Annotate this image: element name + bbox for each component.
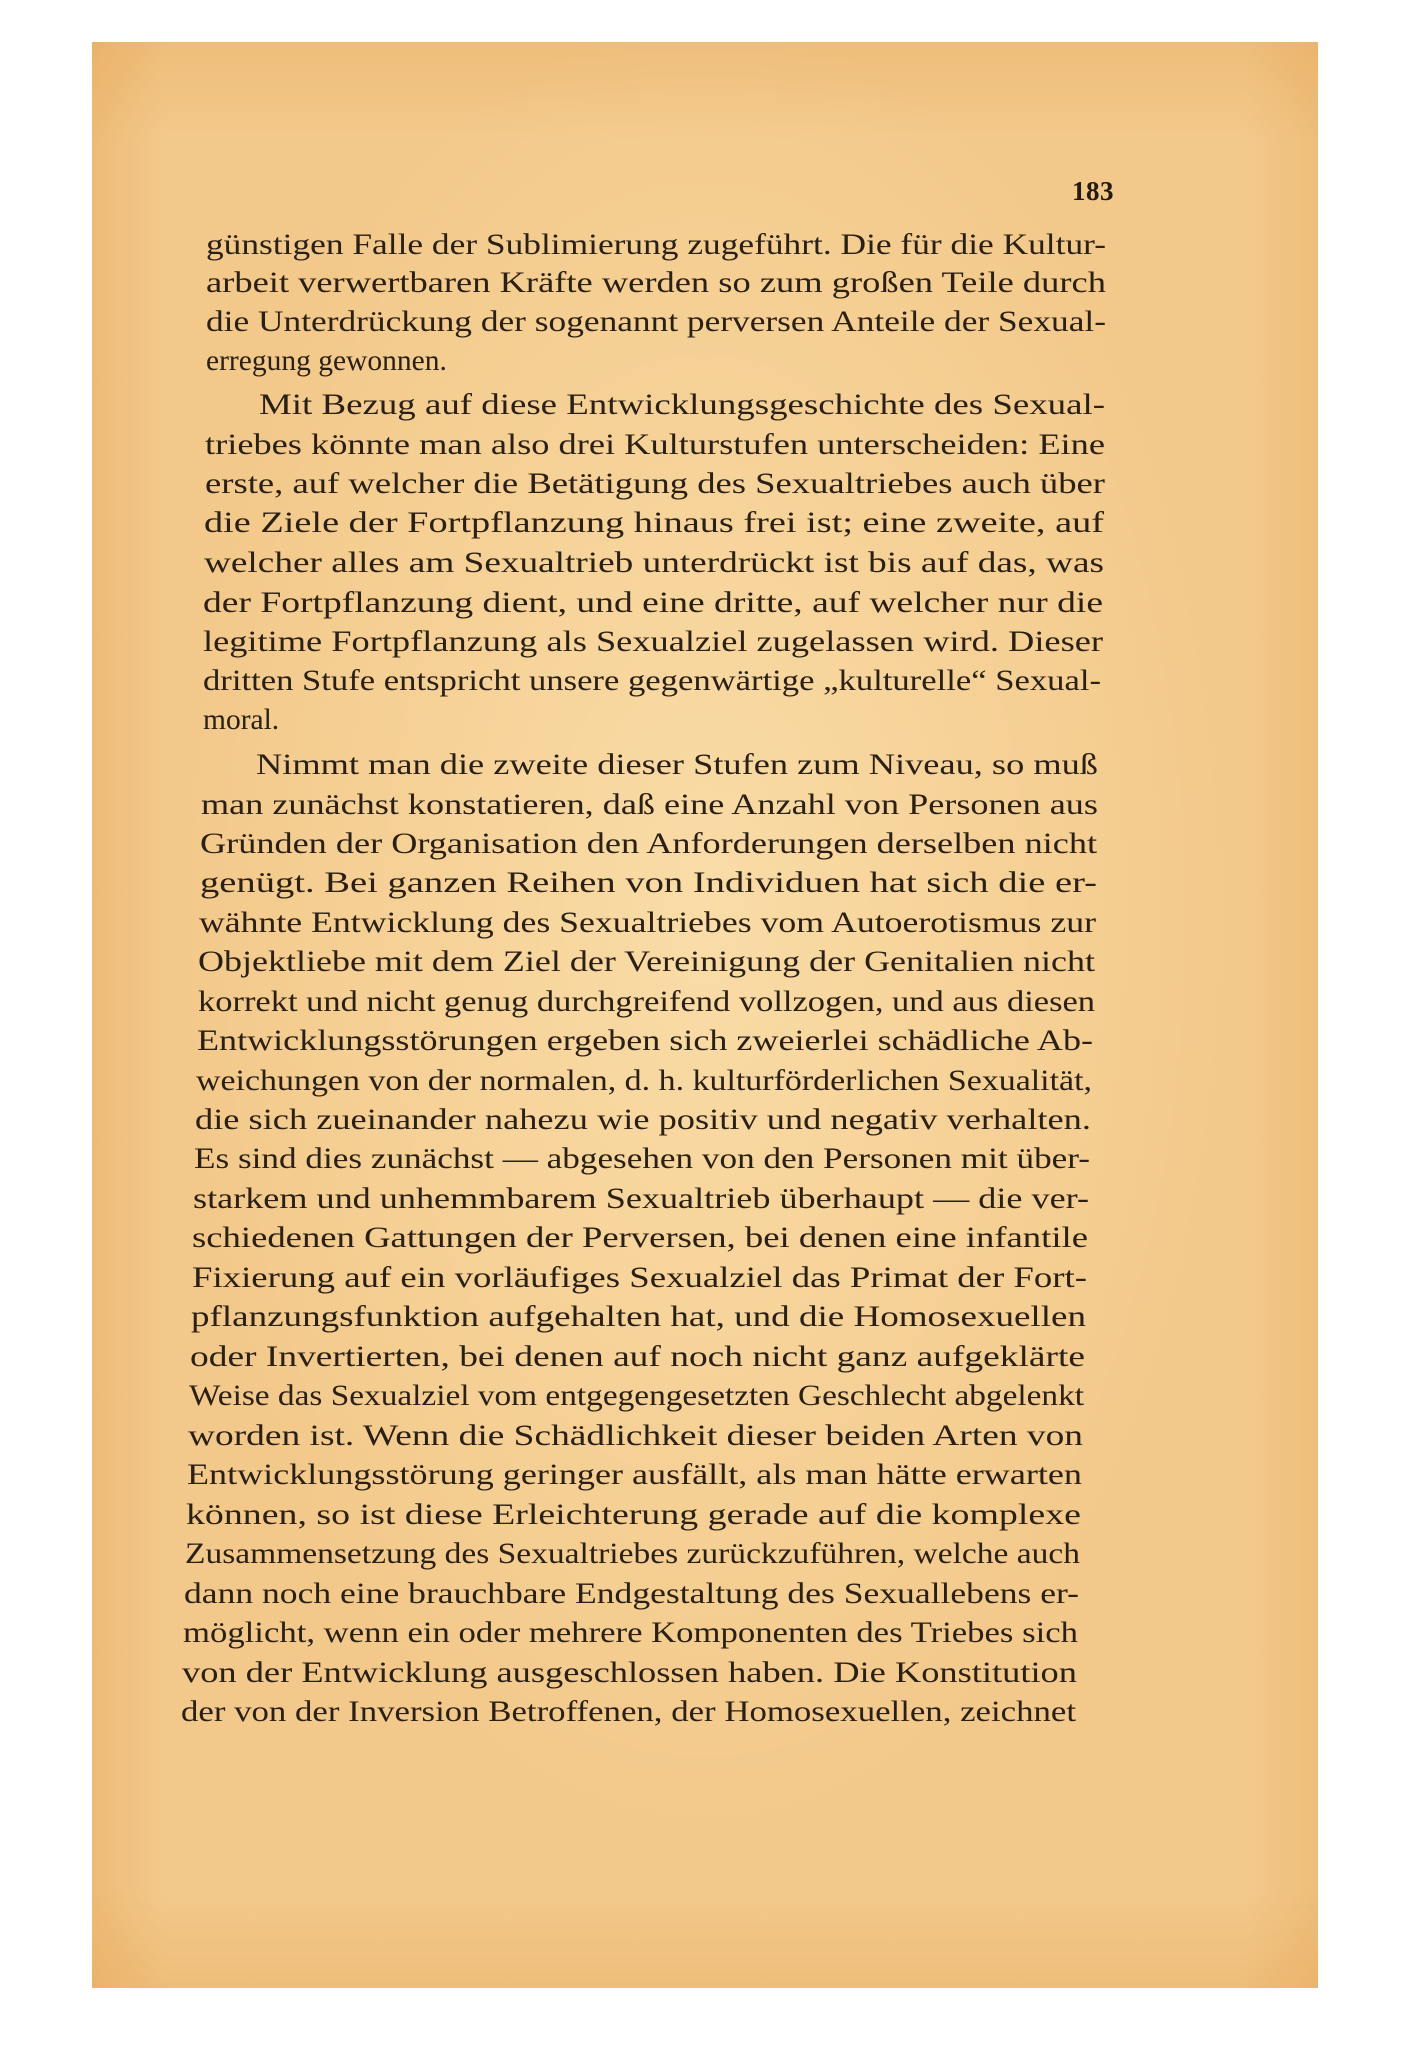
text-line: korrekt und nicht genug durchgreifend vo… bbox=[198, 985, 1095, 1019]
text-line: die sich zueinander nahezu wie positiv u… bbox=[195, 1103, 1091, 1137]
text-line: Entwicklungsstörungen ergeben sich zweie… bbox=[197, 1024, 1093, 1058]
text-line: Gründen der Organisation den Anforderung… bbox=[200, 827, 1097, 861]
text-line: wähnte Entwicklung des Sexualtriebes vom… bbox=[199, 906, 1096, 940]
text-line: legitime Fortpflanzung als Sexualziel zu… bbox=[203, 625, 1103, 659]
text-line: Entwicklungsstörung geringer ausfällt, a… bbox=[187, 1458, 1082, 1492]
text-line: weichungen von der normalen, d. h. kultu… bbox=[196, 1064, 1092, 1098]
text-line: Nimmt man die zweite dieser Stufen zum N… bbox=[256, 748, 1098, 782]
text-line: schiedenen Gattungen der Perversen, bei … bbox=[192, 1221, 1088, 1255]
text-line: man zunächst konstatieren, daß eine Anza… bbox=[201, 788, 1098, 822]
text-line: starkem und unhemmbarem Sexualtrieb über… bbox=[193, 1182, 1089, 1216]
text-line: Objektliebe mit dem Ziel der Vereinigung… bbox=[198, 945, 1095, 979]
text-line: Zusammensetzung des Sexualtriebes zurück… bbox=[185, 1537, 1080, 1571]
text-line: Mit Bezug auf diese Entwicklungsgeschich… bbox=[259, 388, 1105, 422]
text-line: oder Invertierten, bei denen auf noch ni… bbox=[190, 1340, 1085, 1374]
text-line: günstigen Falle der Sublimierung zugefüh… bbox=[206, 228, 1106, 262]
text-line: genügt. Bei ganzen Reihen von Individuen… bbox=[200, 866, 1097, 900]
text-line: arbeit verwertbaren Kräfte werden so zum… bbox=[206, 266, 1106, 300]
text-line: Es sind dies zunächst — abgesehen von de… bbox=[194, 1142, 1090, 1176]
page-number: 183 bbox=[1072, 176, 1114, 207]
text-line: die Unterdrückung der sogenannt perverse… bbox=[206, 305, 1106, 339]
text-line: triebes könnte man also drei Kulturstufe… bbox=[205, 428, 1105, 462]
text-line: der von der Inversion Betroffenen, der H… bbox=[181, 1695, 1076, 1729]
text-line: erregung gewonnen. bbox=[206, 344, 447, 378]
text-line: erste, auf welcher die Betätigung des Se… bbox=[205, 467, 1105, 501]
text-line: der Fortpflanzung dient, und eine dritte… bbox=[203, 586, 1103, 620]
text-line: Fixierung auf ein vorläufiges Sexualziel… bbox=[192, 1261, 1087, 1295]
text-line: von der Entwicklung ausgeschlossen haben… bbox=[182, 1656, 1077, 1690]
text-line: Weise das Sexualziel vom entgegengesetzt… bbox=[189, 1379, 1084, 1413]
text-line: möglicht, wenn ein oder mehrere Komponen… bbox=[183, 1616, 1078, 1650]
text-line: welcher alles am Sexualtrieb unterdrückt… bbox=[204, 546, 1104, 580]
text-line: die Ziele der Fortpflanzung hinaus frei … bbox=[204, 506, 1104, 540]
text-line: worden ist. Wenn die Schädlichkeit diese… bbox=[188, 1419, 1083, 1453]
text-line: dann noch eine brauchbare Endgestaltung … bbox=[184, 1577, 1079, 1611]
text-line: moral. bbox=[203, 703, 279, 737]
text-line: pflanzungsfunktion aufgehalten hat, und … bbox=[191, 1300, 1086, 1334]
text-line: dritten Stufe entspricht unsere gegenwär… bbox=[203, 664, 1101, 698]
text-line: können, so ist diese Erleichterung gerad… bbox=[186, 1498, 1081, 1532]
